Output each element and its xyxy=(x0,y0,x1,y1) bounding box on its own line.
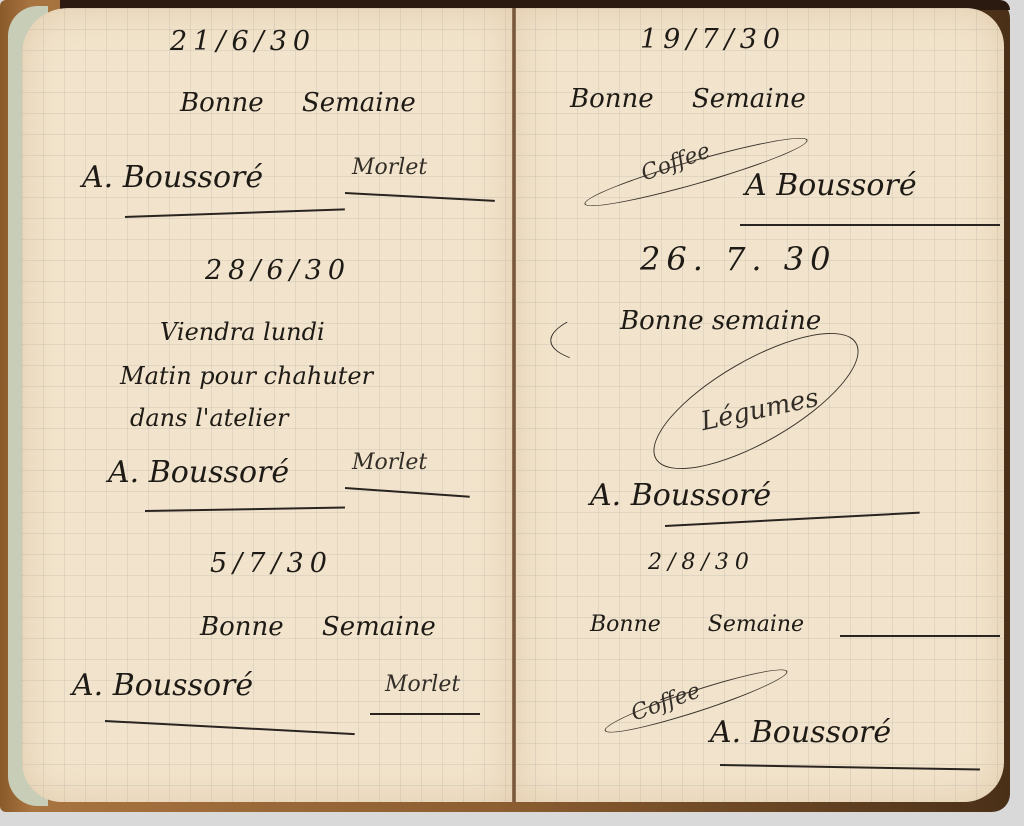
page-gutter xyxy=(512,8,516,802)
entry-message: Bonne Semaine xyxy=(590,612,804,637)
signature-secondary: Morlet xyxy=(385,672,460,697)
entry-date: 28/6/30 xyxy=(205,255,351,286)
signature-primary: A Boussoré xyxy=(745,168,917,203)
signature-primary: A. Boussoré xyxy=(108,455,289,490)
signature-secondary: Morlet xyxy=(352,155,427,180)
signature-primary: A. Boussoré xyxy=(710,715,891,750)
message-underline xyxy=(840,635,1000,637)
entry-message-line: Matin pour chahuter xyxy=(120,362,373,390)
entry-date: 26. 7. 30 xyxy=(640,240,836,278)
entry-date: 21/6/30 xyxy=(170,26,316,57)
entry-message: Bonne Semaine xyxy=(180,88,416,118)
entry-date: 5/7/30 xyxy=(210,548,333,579)
signature-secondary: Morlet xyxy=(352,450,427,475)
entry-date: 2/8/30 xyxy=(648,550,755,575)
signature-primary: A. Boussoré xyxy=(72,668,253,703)
entry-message: Bonne Semaine xyxy=(570,84,806,114)
signature-underline xyxy=(370,713,480,715)
signature-primary: A. Boussoré xyxy=(590,478,771,513)
entry-message-line: dans l'atelier xyxy=(130,404,289,432)
entry-message-line: Viendra lundi xyxy=(160,318,325,346)
entry-date: 19/7/30 xyxy=(640,24,786,55)
entry-message: Bonne Semaine xyxy=(200,612,436,642)
signature-primary: A. Boussoré xyxy=(82,160,263,195)
signature-underline xyxy=(740,224,1000,226)
